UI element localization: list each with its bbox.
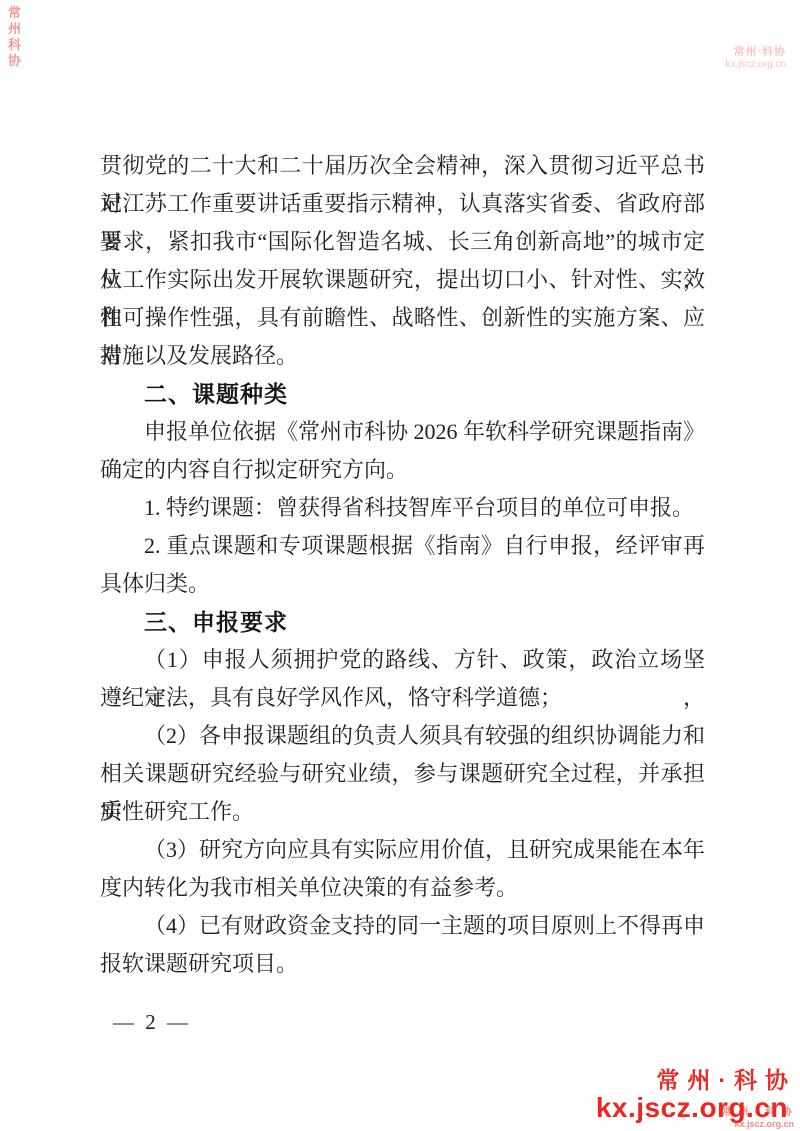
section-heading: 二、课题种类: [100, 375, 705, 413]
paragraph-line: 从工作实际出发开展软课题研究，提出切口小、针对性、实效性: [100, 261, 705, 299]
paragraph-line: 要求，紧扣我市“国际化智造名城、长三角创新高地”的城市定位，: [100, 223, 705, 261]
paragraph-line: 和可操作性强，具有前瞻性、战略性、创新性的实施方案、应对: [100, 299, 705, 337]
paragraph-line: 申报单位依据《常州市科协 2026 年软科学研究课题指南》: [100, 413, 705, 451]
top-right-watermark-url: kx.jscz.org.cn: [725, 59, 786, 71]
list-item-line: 相关课题研究经验与研究业绩，参与课题研究全过程，并承担实: [100, 755, 705, 793]
page-number: — 2 —: [113, 1008, 191, 1036]
footer-brand-name: 常州·科协: [596, 1067, 796, 1093]
paragraph-line: 对江苏工作重要讲话重要指示精神，认真落实省委、省政府部署: [100, 185, 705, 223]
list-item-line: （2）各申报课题组的负责人须具有较强的组织协调能力和: [100, 717, 705, 755]
footer-brand-logo: 常州·科协 kx.jscz.org.cn: [596, 1067, 788, 1123]
list-item-line: 报软课题研究项目。: [100, 945, 705, 983]
list-item-line: 2. 重点课题和专项课题根据《指南》自行申报，经评审再: [100, 527, 705, 565]
paragraph-line: 贯彻党的二十大和二十届历次全会精神，深入贯彻习近平总书记: [100, 147, 705, 185]
paragraph-line: 措施以及发展路径。: [100, 337, 705, 375]
top-left-red-watermark: 常州科协: [8, 5, 22, 69]
list-item-line: 1. 特约课题：曾获得省科技智库平台项目的单位可申报。: [100, 489, 705, 527]
list-item-line: 具体归类。: [100, 565, 705, 603]
document-body: 贯彻党的二十大和二十届历次全会精神，深入贯彻习近平总书记对江苏工作重要讲话重要指…: [100, 147, 705, 983]
list-item-line: （1）申报人须拥护党的路线、方针、政策，政治立场坚定，: [100, 641, 705, 679]
footer-brand-url: kx.jscz.org.cn: [596, 1093, 788, 1123]
list-item-line: （3）研究方向应具有实际应用价值，且研究成果能在本年: [100, 831, 705, 869]
list-item-line: 度内转化为我市相关单位决策的有益参考。: [100, 869, 705, 907]
paragraph-line: 确定的内容自行拟定研究方向。: [100, 451, 705, 489]
document-page: 常州科协 常州·科协 kx.jscz.org.cn 贯彻党的二十大和二十届历次全…: [0, 0, 800, 1131]
list-item-line: 质性研究工作。: [100, 793, 705, 831]
section-heading: 三、申报要求: [100, 603, 705, 641]
top-right-watermark: 常州·科协 kx.jscz.org.cn: [725, 46, 786, 71]
list-item-line: （4）已有财政资金支持的同一主题的项目原则上不得再申: [100, 907, 705, 945]
top-right-watermark-name: 常州·科协: [725, 46, 786, 59]
